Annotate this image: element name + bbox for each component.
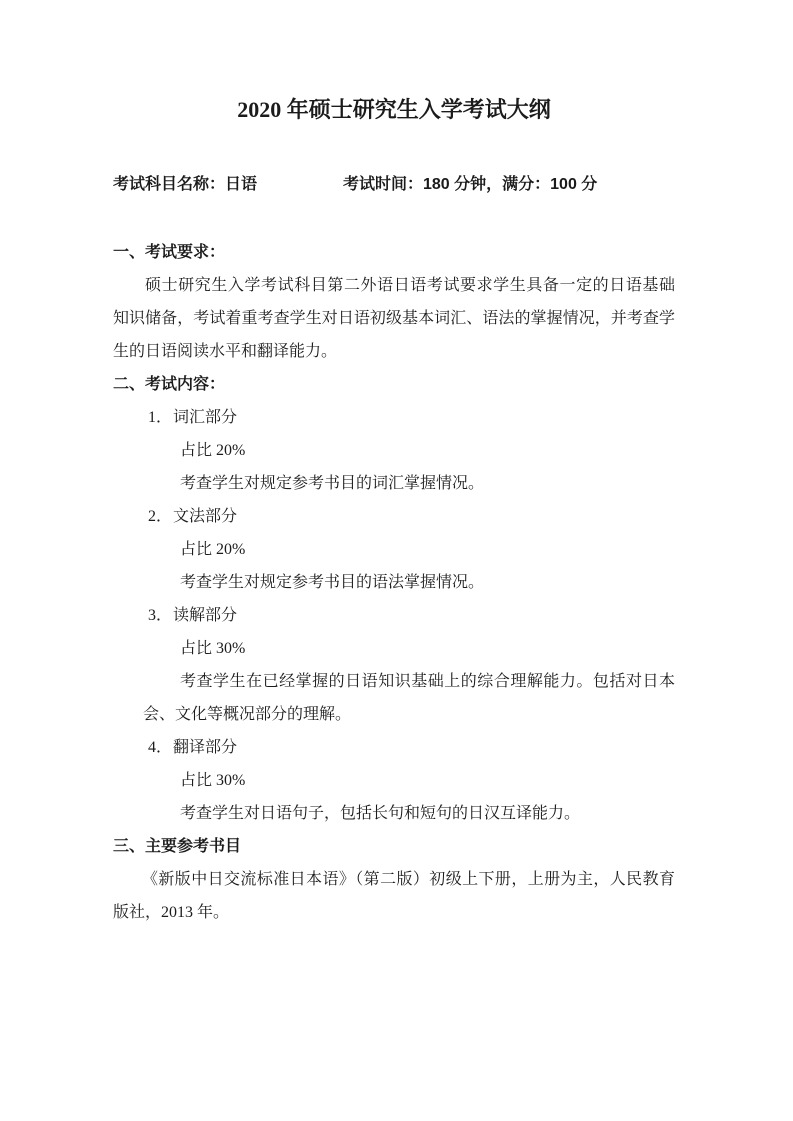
exam-time-score-label: 考试时间：180 分钟，满分：100 分 bbox=[343, 168, 597, 201]
content-item-ratio: 占比 20% bbox=[113, 434, 675, 467]
item-title-text: 词汇部分 bbox=[173, 409, 237, 426]
requirements-paragraph-line: 硕士研究生入学考试科目第二外语日语考试要求学生具备一定的日语基础 bbox=[113, 269, 675, 302]
content-item-ratio: 占比 30% bbox=[113, 764, 675, 797]
exam-meta-row: 考试科目名称：日语 考试时间：180 分钟，满分：100 分 bbox=[113, 168, 675, 201]
content-item-description: 考查学生对日语句子，包括长句和短句的日汉互译能力。 bbox=[113, 797, 675, 830]
content-item-title: 4．翻译部分 bbox=[113, 731, 675, 764]
section-heading-references: 三、主要参考书目 bbox=[113, 830, 675, 863]
requirements-paragraph-line: 生的日语阅读水平和翻译能力。 bbox=[113, 335, 675, 368]
document-body: 2020 年硕士研究生入学考试大纲 考试科目名称：日语 考试时间：180 分钟，… bbox=[113, 0, 675, 929]
exam-subject-label: 考试科目名称：日语 bbox=[113, 168, 257, 201]
references-paragraph-line: 《新版中日交流标准日本语》（第二版）初级上下册，上册为主，人民教育出 bbox=[113, 863, 675, 896]
document-page: 2020 年硕士研究生入学考试大纲 考试科目名称：日语 考试时间：180 分钟，… bbox=[0, 0, 793, 1121]
content-item-ratio: 占比 20% bbox=[113, 533, 675, 566]
item-number: 2． bbox=[148, 500, 173, 533]
references-paragraph-line: 版社，2013 年。 bbox=[113, 896, 675, 929]
requirements-paragraph-line: 知识储备，考试着重考查学生对日语初级基本词汇、语法的掌握情况，并考查学 bbox=[113, 302, 675, 335]
section-heading-content: 二、考试内容： bbox=[113, 368, 675, 401]
item-number: 4． bbox=[148, 731, 173, 764]
content-item-title: 1．词汇部分 bbox=[113, 401, 675, 434]
content-item-description-continued: 会、文化等概况部分的理解。 bbox=[113, 698, 675, 731]
content-item-description: 考查学生对规定参考书目的语法掌握情况。 bbox=[113, 566, 675, 599]
item-number: 3． bbox=[148, 599, 173, 632]
item-title-text: 文法部分 bbox=[173, 508, 237, 525]
content-item-title: 2．文法部分 bbox=[113, 500, 675, 533]
content-item-ratio: 占比 30% bbox=[113, 632, 675, 665]
item-title-text: 读解部分 bbox=[173, 607, 237, 624]
content-item-description: 考查学生在已经掌握的日语知识基础上的综合理解能力。包括对日本社 bbox=[113, 665, 675, 698]
section-heading-requirements: 一、考试要求： bbox=[113, 236, 675, 269]
content-item-title: 3．读解部分 bbox=[113, 599, 675, 632]
item-number: 1． bbox=[148, 401, 173, 434]
content-item-description: 考查学生对规定参考书目的词汇掌握情况。 bbox=[113, 467, 675, 500]
item-title-text: 翻译部分 bbox=[173, 739, 237, 756]
document-title: 2020 年硕士研究生入学考试大纲 bbox=[113, 0, 675, 128]
